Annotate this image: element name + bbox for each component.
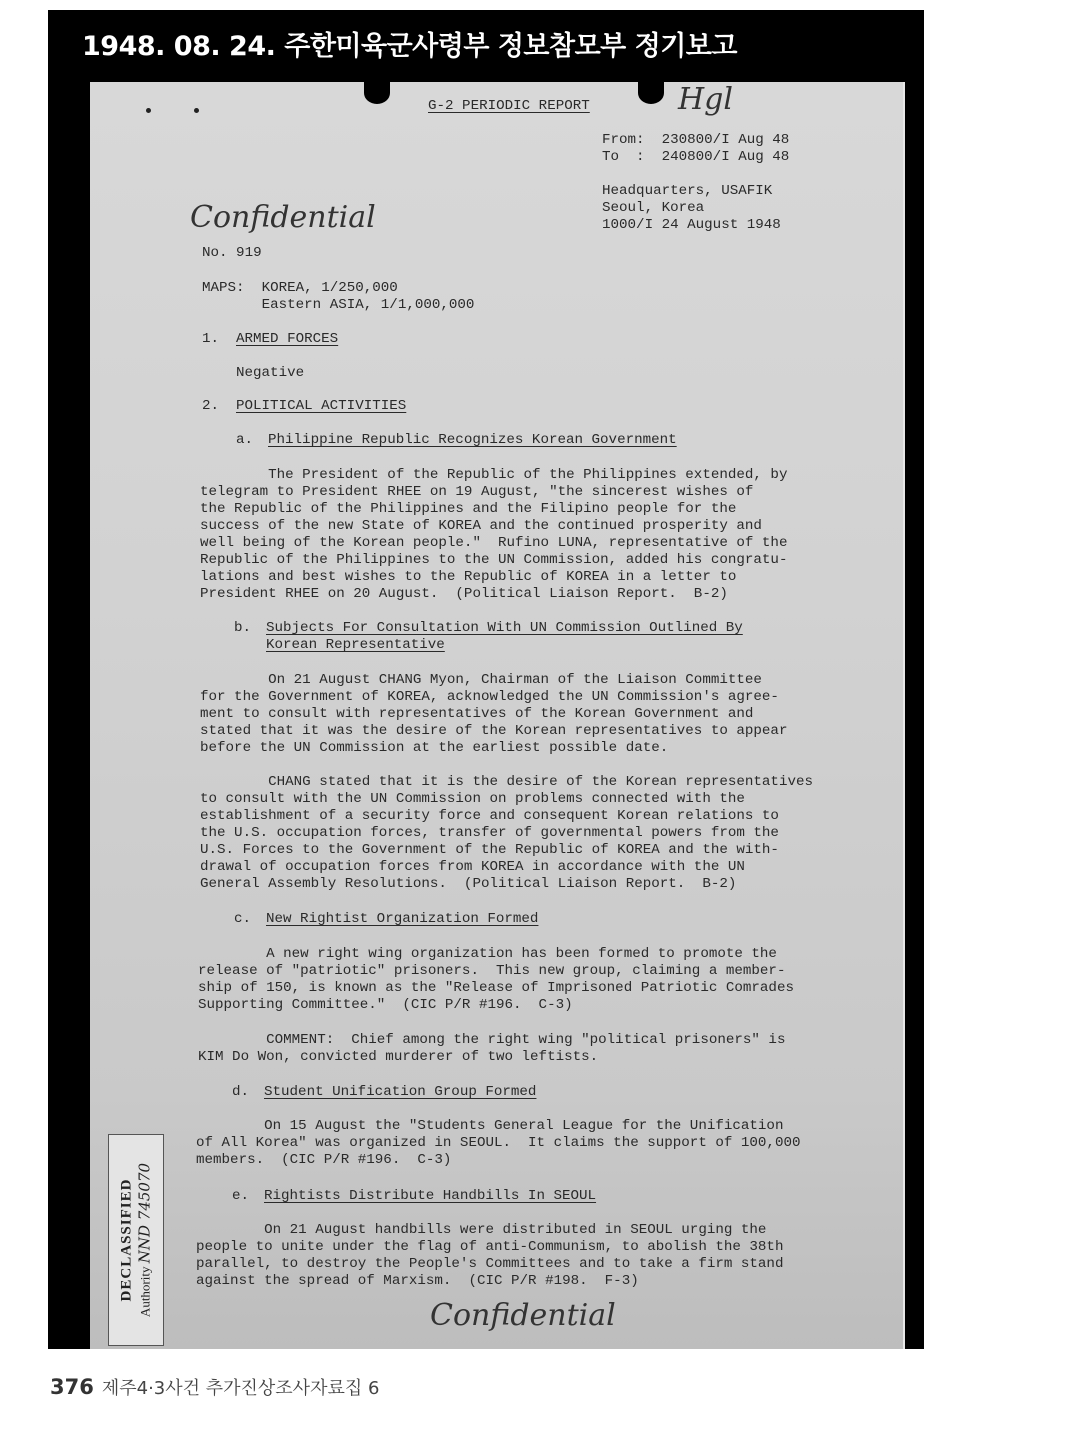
from-line: From: 230800/I Aug 48: [602, 132, 789, 149]
sub-b-line: General Assembly Resolutions. (Political…: [200, 876, 736, 893]
sub-b-heading-1: Subjects For Consultation With UN Commis…: [266, 620, 743, 637]
sub-c-line: A new right wing organization has been f…: [198, 946, 777, 963]
section-1-heading: ARMED FORCES: [236, 331, 338, 348]
sub-b-line: establishment of a security force and co…: [200, 808, 779, 825]
sub-e-line: people to unite under the flag of anti-C…: [196, 1239, 783, 1256]
sub-b-label: b.: [234, 620, 251, 637]
staple-mark: [146, 108, 151, 113]
sub-c-line: ship of 150, is known as the "Release of…: [198, 980, 794, 997]
sub-e-line: On 21 August handbills were distributed …: [196, 1222, 766, 1239]
sub-b-line: On 21 August CHANG Myon, Chairman of the…: [200, 672, 762, 689]
page-title: 1948. 08. 24. 주한미육군사령부 정보참모부 정기보고: [82, 24, 737, 63]
sub-b-line: U.S. Forces to the Government of the Rep…: [200, 842, 779, 859]
photo-frame: 1948. 08. 24. 주한미육군사령부 정보참모부 정기보고 G-2 PE…: [48, 10, 924, 1349]
sub-b-line: CHANG stated that it is the desire of th…: [200, 774, 813, 791]
sub-d-label: d.: [232, 1084, 249, 1101]
sub-c-comment: KIM Do Won, convicted murderer of two le…: [198, 1049, 598, 1066]
sub-a-line: success of the new State of KOREA and th…: [200, 518, 762, 535]
stamp-declassified-label: DECLASSIFIED: [119, 1140, 136, 1340]
sub-d-heading: Student Unification Group Formed: [264, 1084, 536, 1101]
sub-d-line: On 15 August the "Students General Leagu…: [196, 1118, 783, 1135]
section-1-body: Negative: [236, 365, 304, 382]
handwritten-initials: Hgl: [678, 82, 733, 117]
sub-a-line: lations and best wishes to the Republic …: [200, 569, 736, 586]
sub-a-label: a.: [236, 432, 253, 449]
sub-a-line: well being of the Korean people." Rufino…: [200, 535, 787, 552]
sub-e-line: against the spread of Marxism. (CIC P/R …: [196, 1273, 639, 1290]
sub-c-label: c.: [234, 911, 251, 928]
sub-e-heading: Rightists Distribute Handbills In SEOUL: [264, 1188, 596, 1205]
sub-e-line: parallel, to destroy the People's Commit…: [196, 1256, 783, 1273]
to-line: To : 240800/I Aug 48: [602, 149, 789, 166]
staple-mark: [194, 108, 199, 113]
handwritten-confidential-bottom: Confidential: [430, 1298, 616, 1333]
sub-b-line: for the Government of KOREA, acknowledge…: [200, 689, 779, 706]
sub-c-heading: New Rightist Organization Formed: [266, 911, 538, 928]
sub-d-line: of All Korea" was organized in SEOUL. It…: [196, 1135, 801, 1152]
sub-a-line: Republic of the Philippines to the UN Co…: [200, 552, 787, 569]
sub-a-line: telegram to President RHEE on 19 August,…: [200, 484, 753, 501]
document-page: G-2 PERIODIC REPORT Hgl From: 230800/I A…: [90, 82, 905, 1349]
sub-b-line: to consult with the UN Commission on pro…: [200, 791, 745, 808]
page-number: 376: [50, 1375, 94, 1399]
report-title: G-2 PERIODIC REPORT: [428, 98, 590, 115]
stamp-authority-value: NND 745070: [136, 1163, 154, 1263]
sub-b-heading-2: Korean Representative: [266, 637, 445, 654]
sub-a-line: the Republic of the Philippines and the …: [200, 501, 736, 518]
maps-line-2: Eastern ASIA, 1/1,000,000: [202, 297, 474, 314]
sub-b-line: before the UN Commission at the earliest…: [200, 740, 668, 757]
location-line: Seoul, Korea: [602, 200, 704, 217]
section-2-number: 2.: [202, 398, 219, 415]
report-number: No. 919: [202, 245, 262, 262]
sub-e-label: e.: [232, 1188, 249, 1205]
sub-c-line: Supporting Committee." (CIC P/R #196. C-…: [198, 997, 573, 1014]
sub-b-line: the U.S. occupation forces, transfer of …: [200, 825, 779, 842]
handwritten-confidential-top: Confidential: [190, 200, 376, 235]
sub-d-line: members. (CIC P/R #196. C-3): [196, 1152, 451, 1169]
punch-hole-right: [638, 82, 664, 104]
punch-hole-left: [364, 82, 390, 104]
sub-b-line: drawal of occupation forces from KOREA i…: [200, 859, 745, 876]
sub-c-comment: COMMENT: Chief among the right wing "pol…: [198, 1032, 785, 1049]
stamp-authority-label: Authority: [138, 1267, 153, 1318]
declassified-stamp: DECLASSIFIED Authority NND 745070: [108, 1134, 164, 1346]
page-footer: 376제주4·3사건 추가진상조사자료집 6: [50, 1374, 379, 1400]
section-2-heading: POLITICAL ACTIVITIES: [236, 398, 406, 415]
book-title: 제주4·3사건 추가진상조사자료집 6: [102, 1378, 380, 1399]
sub-b-line: stated that it was the desire of the Kor…: [200, 723, 787, 740]
datetime-line: 1000/I 24 August 1948: [602, 217, 781, 234]
section-1-number: 1.: [202, 331, 219, 348]
sub-a-heading: Philippine Republic Recognizes Korean Go…: [268, 432, 677, 449]
hq-line: Headquarters, USAFIK: [602, 183, 772, 200]
sub-a-line: President RHEE on 20 August. (Political …: [200, 586, 728, 603]
sub-a-line: The President of the Republic of the Phi…: [200, 467, 787, 484]
maps-line-1: MAPS: KOREA, 1/250,000: [202, 280, 398, 297]
sub-b-line: ment to consult with representatives of …: [200, 706, 753, 723]
sub-c-line: release of "patriotic" prisoners. This n…: [198, 963, 785, 980]
